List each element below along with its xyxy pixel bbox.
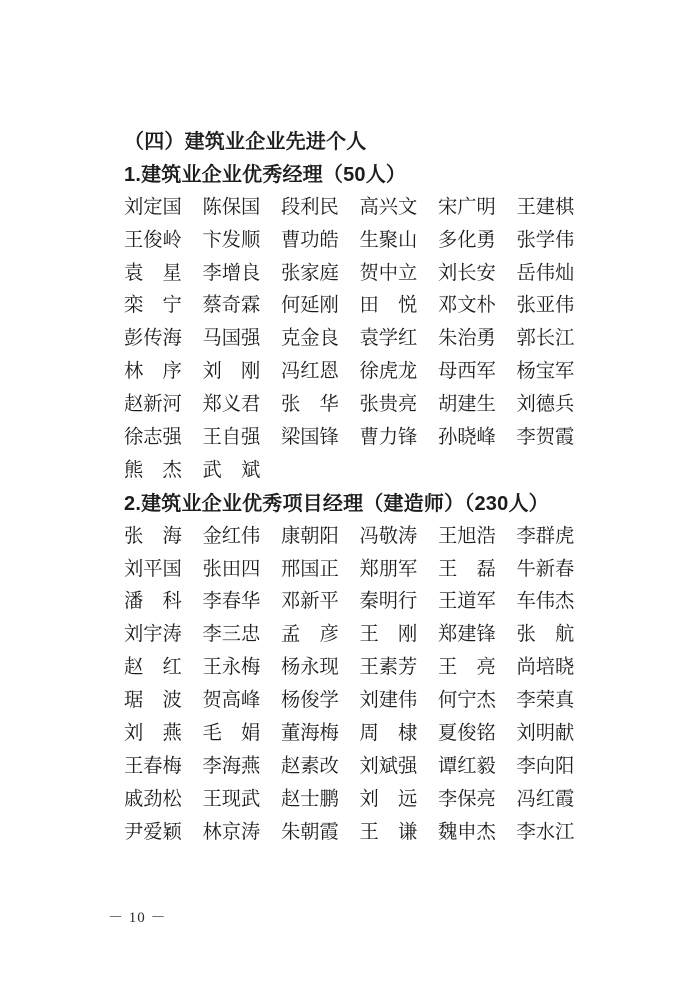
person-name: 刘明献	[517, 718, 576, 751]
person-name: 熊 杰	[124, 455, 183, 488]
name-row: 刘平国张田四邢国正郑朋军王 磊牛新春	[124, 554, 594, 587]
subsection-1-heading: 1.建筑业企业优秀经理（50人）	[124, 159, 594, 192]
person-name: 王道军	[438, 586, 497, 619]
person-name: 武 斌	[203, 455, 262, 488]
name-row: 尹爱颖林京涛朱朝霞王 谦魏申杰李水江	[124, 817, 594, 850]
person-name: 刘 远	[360, 784, 419, 817]
name-row: 刘 燕毛 娟董海梅周 棣夏俊铭刘明献	[124, 718, 594, 751]
name-row: 徐志强王自强梁国锋曹力锋孙晓峰李贺霞	[124, 422, 594, 455]
person-name: 高兴文	[360, 192, 419, 225]
person-name: 刘 燕	[124, 718, 183, 751]
person-name: 王自强	[203, 422, 262, 455]
person-name: 张田四	[203, 554, 262, 587]
person-name: 田 悦	[360, 290, 419, 323]
person-name: 多化勇	[438, 225, 497, 258]
person-name: 陈保国	[203, 192, 262, 225]
document-content: （四）建筑业企业先进个人 1.建筑业企业优秀经理（50人） 刘定国陈保国段利民高…	[124, 126, 594, 850]
person-name: 王春梅	[124, 751, 183, 784]
person-name: 宋广明	[438, 192, 497, 225]
subsection-excellent-project-managers: 2.建筑业企业优秀项目经理（建造师）（230人） 张 海金红伟康朝阳冯敬涛王旭浩…	[124, 488, 594, 850]
person-name: 林 序	[124, 356, 183, 389]
person-name: 贺中立	[360, 258, 419, 291]
person-name: 郑建锋	[438, 619, 497, 652]
name-row: 琚 波贺高峰杨俊学刘建伟何宁杰李荣真	[124, 685, 594, 718]
person-name: 卞发顺	[203, 225, 262, 258]
subsection-excellent-managers: 1.建筑业企业优秀经理（50人） 刘定国陈保国段利民高兴文宋广明王建棋王俊岭卞发…	[124, 159, 594, 488]
name-row: 栾 宁蔡奇霖何延刚田 悦邓文朴张亚伟	[124, 290, 594, 323]
person-name: 张 华	[281, 389, 340, 422]
person-name: 冯红霞	[517, 784, 576, 817]
person-name: 杨永现	[281, 652, 340, 685]
person-name: 胡建生	[438, 389, 497, 422]
person-name: 魏申杰	[438, 817, 497, 850]
person-name: 郭长江	[517, 323, 576, 356]
person-name: 邢国正	[281, 554, 340, 587]
person-name: 李荣真	[517, 685, 576, 718]
person-name: 张学伟	[517, 225, 576, 258]
person-name: 刘平国	[124, 554, 183, 587]
person-name: 金红伟	[203, 521, 262, 554]
person-name: 彭传海	[124, 323, 183, 356]
name-row: 熊 杰武 斌	[124, 455, 594, 488]
person-name: 尚培晓	[517, 652, 576, 685]
name-row: 彭传海马国强克金良袁学红朱治勇郭长江	[124, 323, 594, 356]
person-name: 孟 彦	[281, 619, 340, 652]
person-name: 刘 刚	[203, 356, 262, 389]
person-name: 曹功皓	[281, 225, 340, 258]
name-row: 赵 红王永梅杨永现王素芳王 亮尚培晓	[124, 652, 594, 685]
name-row: 刘宇涛李三忠孟 彦王 刚郑建锋张 航	[124, 619, 594, 652]
person-name: 康朝阳	[281, 521, 340, 554]
person-name: 张 航	[517, 619, 576, 652]
person-name: 张贵亮	[360, 389, 419, 422]
person-name: 朱朝霞	[281, 817, 340, 850]
page-number: － 10 －	[108, 906, 167, 927]
person-name: 李水江	[517, 817, 576, 850]
person-name: 张家庭	[281, 258, 340, 291]
person-name: 冯敬涛	[360, 521, 419, 554]
person-name: 何延刚	[281, 290, 340, 323]
person-name: 林京涛	[203, 817, 262, 850]
person-name: 邓新平	[281, 586, 340, 619]
person-name: 贺高峰	[203, 685, 262, 718]
person-name: 袁 星	[124, 258, 183, 291]
person-name: 夏俊铭	[438, 718, 497, 751]
person-name: 梁国锋	[281, 422, 340, 455]
name-row: 王春梅李海燕赵素改刘斌强谭红毅李向阳	[124, 751, 594, 784]
person-name: 潘 科	[124, 586, 183, 619]
person-name: 赵新河	[124, 389, 183, 422]
person-name: 秦明行	[360, 586, 419, 619]
person-name: 李海燕	[203, 751, 262, 784]
person-name: 郑义君	[203, 389, 262, 422]
person-name: 李春华	[203, 586, 262, 619]
person-name: 戚劲松	[124, 784, 183, 817]
person-name: 何宁杰	[438, 685, 497, 718]
document-page: （四）建筑业企业先进个人 1.建筑业企业优秀经理（50人） 刘定国陈保国段利民高…	[0, 0, 700, 991]
person-name: 邓文朴	[438, 290, 497, 323]
person-name: 毛 娟	[203, 718, 262, 751]
person-name: 王俊岭	[124, 225, 183, 258]
person-name: 克金良	[281, 323, 340, 356]
person-name: 郑朋军	[360, 554, 419, 587]
person-name: 琚 波	[124, 685, 183, 718]
subsection-2-heading: 2.建筑业企业优秀项目经理（建造师）（230人）	[124, 488, 594, 521]
person-name: 刘斌强	[360, 751, 419, 784]
person-name: 李向阳	[517, 751, 576, 784]
person-name: 李增良	[203, 258, 262, 291]
person-name: 李保亮	[438, 784, 497, 817]
person-name: 王建棋	[517, 192, 576, 225]
person-name: 王素芳	[360, 652, 419, 685]
person-name: 王永梅	[203, 652, 262, 685]
name-row: 潘 科李春华邓新平秦明行王道军车伟杰	[124, 586, 594, 619]
person-name: 岳伟灿	[517, 258, 576, 291]
person-name: 蔡奇霖	[203, 290, 262, 323]
person-name: 杨宝军	[517, 356, 576, 389]
person-name: 马国强	[203, 323, 262, 356]
person-name: 尹爱颖	[124, 817, 183, 850]
person-name: 袁学红	[360, 323, 419, 356]
person-name: 王 亮	[438, 652, 497, 685]
person-name: 王 谦	[360, 817, 419, 850]
name-row: 王俊岭卞发顺曹功皓生聚山多化勇张学伟	[124, 225, 594, 258]
person-name: 周 棣	[360, 718, 419, 751]
name-row: 赵新河郑义君张 华张贵亮胡建生刘德兵	[124, 389, 594, 422]
person-name: 刘定国	[124, 192, 183, 225]
person-name: 冯红恩	[281, 356, 340, 389]
person-name: 赵 红	[124, 652, 183, 685]
person-name: 栾 宁	[124, 290, 183, 323]
person-name: 谭红毅	[438, 751, 497, 784]
person-name: 刘宇涛	[124, 619, 183, 652]
person-name: 王旭浩	[438, 521, 497, 554]
person-name: 张亚伟	[517, 290, 576, 323]
person-name: 车伟杰	[517, 586, 576, 619]
name-row: 袁 星李增良张家庭贺中立刘长安岳伟灿	[124, 258, 594, 291]
person-name: 李群虎	[517, 521, 576, 554]
person-name: 李三忠	[203, 619, 262, 652]
name-grid-excellent-managers: 刘定国陈保国段利民高兴文宋广明王建棋王俊岭卞发顺曹功皓生聚山多化勇张学伟袁 星李…	[124, 192, 594, 488]
person-name: 刘德兵	[517, 389, 576, 422]
person-name: 赵士鹏	[281, 784, 340, 817]
person-name: 孙晓峰	[438, 422, 497, 455]
person-name: 段利民	[281, 192, 340, 225]
person-name: 董海梅	[281, 718, 340, 751]
person-name: 赵素改	[281, 751, 340, 784]
name-row: 刘定国陈保国段利民高兴文宋广明王建棋	[124, 192, 594, 225]
name-row: 张 海金红伟康朝阳冯敬涛王旭浩李群虎	[124, 521, 594, 554]
name-row: 林 序刘 刚冯红恩徐虎龙母西军杨宝军	[124, 356, 594, 389]
person-name: 王现武	[203, 784, 262, 817]
person-name: 牛新春	[517, 554, 576, 587]
person-name: 母西军	[438, 356, 497, 389]
person-name: 张 海	[124, 521, 183, 554]
person-name: 王 磊	[438, 554, 497, 587]
person-name: 刘建伟	[360, 685, 419, 718]
person-name: 朱治勇	[438, 323, 497, 356]
person-name: 王 刚	[360, 619, 419, 652]
section-heading: （四）建筑业企业先进个人	[124, 126, 594, 159]
person-name: 曹力锋	[360, 422, 419, 455]
person-name: 杨俊学	[281, 685, 340, 718]
person-name: 生聚山	[360, 225, 419, 258]
person-name: 李贺霞	[517, 422, 576, 455]
person-name: 徐虎龙	[360, 356, 419, 389]
person-name: 刘长安	[438, 258, 497, 291]
name-row: 戚劲松王现武赵士鹏刘 远李保亮冯红霞	[124, 784, 594, 817]
name-grid-excellent-project-managers: 张 海金红伟康朝阳冯敬涛王旭浩李群虎刘平国张田四邢国正郑朋军王 磊牛新春潘 科李…	[124, 521, 594, 850]
person-name: 徐志强	[124, 422, 183, 455]
